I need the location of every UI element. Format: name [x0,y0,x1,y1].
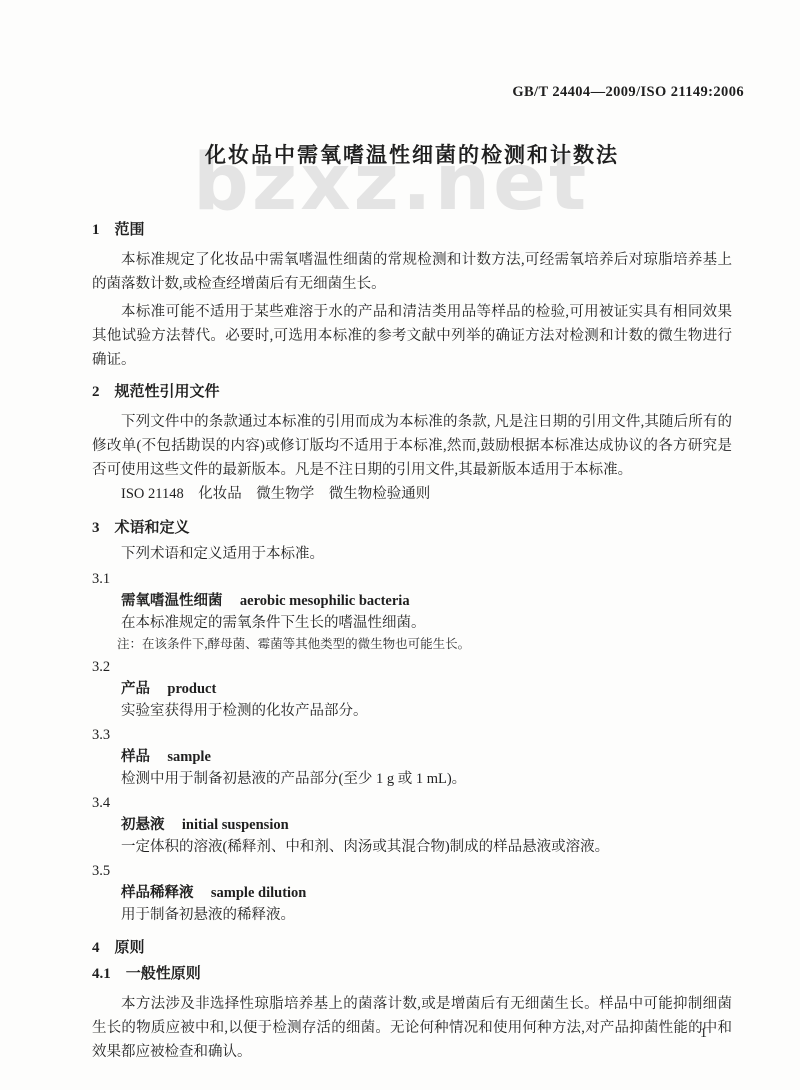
term-en: sample [167,749,211,765]
page-number: 1 [700,1026,707,1042]
standard-code: GB/T 24404—2009/ISO 21149:2006 [512,84,744,101]
section-4-paragraph-1: 本方法涉及非选择性琼脂培养基上的菌落计数,或是增菌后有无细菌生长。样品中可能抑制… [92,992,732,1064]
term-title: 初悬液initial suspension [92,814,732,836]
section-3-number: 3 [92,520,100,536]
term-id: 3.5 [92,860,732,882]
section-2-title: 规范性引用文件 [115,384,220,400]
term-title: 产品product [92,678,732,700]
term-definition: 实验室获得用于检测的化妆产品部分。 [92,700,732,722]
section-1-title: 范围 [115,222,145,238]
section-1-paragraph-1: 本标准规定了化妆品中需氧嗜温性细菌的常规检测和计数方法,可经需氧培养后对琼脂培养… [92,248,732,296]
term-zh: 样品稀释液 [121,885,194,901]
term-definition: 检测中用于制备初悬液的产品部分(至少 1 g 或 1 mL)。 [92,768,732,790]
term-title: 样品稀释液sample dilution [92,882,732,904]
term-en: aerobic mesophilic bacteria [240,593,410,609]
term-block-3-4: 3.4 初悬液initial suspension 一定体积的溶液(稀释剂、中和… [92,792,732,858]
term-zh: 需氧嗜温性细菌 [121,593,223,609]
section-4-1-number: 4.1 [92,966,111,982]
section-4-title: 原则 [115,940,145,956]
term-title: 样品sample [92,746,732,768]
term-zh: 产品 [121,681,150,697]
term-zh: 初悬液 [121,817,165,833]
normative-reference: ISO 21148 化妆品 微生物学 微生物检验通则 [92,482,732,506]
section-3-heading: 3术语和定义 [92,518,732,538]
term-block-3-3: 3.3 样品sample 检测中用于制备初悬液的产品部分(至少 1 g 或 1 … [92,724,732,790]
section-1-heading: 1范围 [92,220,732,240]
term-block-3-2: 3.2 产品product 实验室获得用于检测的化妆产品部分。 [92,656,732,722]
term-en: initial suspension [182,817,289,833]
term-note: 注：在该条件下,酵母菌、霉菌等其他类型的微生物也可能生长。 [92,634,732,654]
term-id: 3.3 [92,724,732,746]
term-id: 3.2 [92,656,732,678]
term-en: product [167,681,216,697]
section-3-intro: 下列术语和定义适用于本标准。 [92,542,732,566]
term-definition: 一定体积的溶液(稀释剂、中和剂、肉汤或其混合物)制成的样品悬液或溶液。 [92,836,732,858]
term-definition: 用于制备初悬液的稀释液。 [92,904,732,926]
document-page: GB/T 24404—2009/ISO 21149:2006 bzxz.net … [0,0,800,1090]
section-4-heading: 4原则 [92,938,732,958]
section-1-number: 1 [92,222,100,238]
page-content: 化妆品中需氧嗜温性细菌的检测和计数法 1范围 本标准规定了化妆品中需氧嗜温性细菌… [92,0,732,1064]
term-id: 3.1 [92,568,732,590]
section-4-1-heading: 4.1一般性原则 [92,964,732,984]
term-title: 需氧嗜温性细菌aerobic mesophilic bacteria [92,590,732,612]
section-4-1-title: 一般性原则 [126,966,201,982]
section-4-number: 4 [92,940,100,956]
term-block-3-1: 3.1 需氧嗜温性细菌aerobic mesophilic bacteria 在… [92,568,732,654]
section-2-heading: 2规范性引用文件 [92,382,732,402]
term-definition: 在本标准规定的需氧条件下生长的嗜温性细菌。 [92,612,732,634]
section-2-number: 2 [92,384,100,400]
term-en: sample dilution [211,885,306,901]
term-block-3-5: 3.5 样品稀释液sample dilution 用于制备初悬液的稀释液。 [92,860,732,926]
section-1-paragraph-2: 本标准可能不适用于某些难溶于水的产品和清洁类用品等样品的检验,可用被证实具有相同… [92,300,732,372]
section-2-paragraph-1: 下列文件中的条款通过本标准的引用而成为本标准的条款, 凡是注日期的引用文件,其随… [92,410,732,482]
document-title: 化妆品中需氧嗜温性细菌的检测和计数法 [92,140,732,170]
term-id: 3.4 [92,792,732,814]
term-zh: 样品 [121,749,150,765]
section-3-title: 术语和定义 [115,520,190,536]
